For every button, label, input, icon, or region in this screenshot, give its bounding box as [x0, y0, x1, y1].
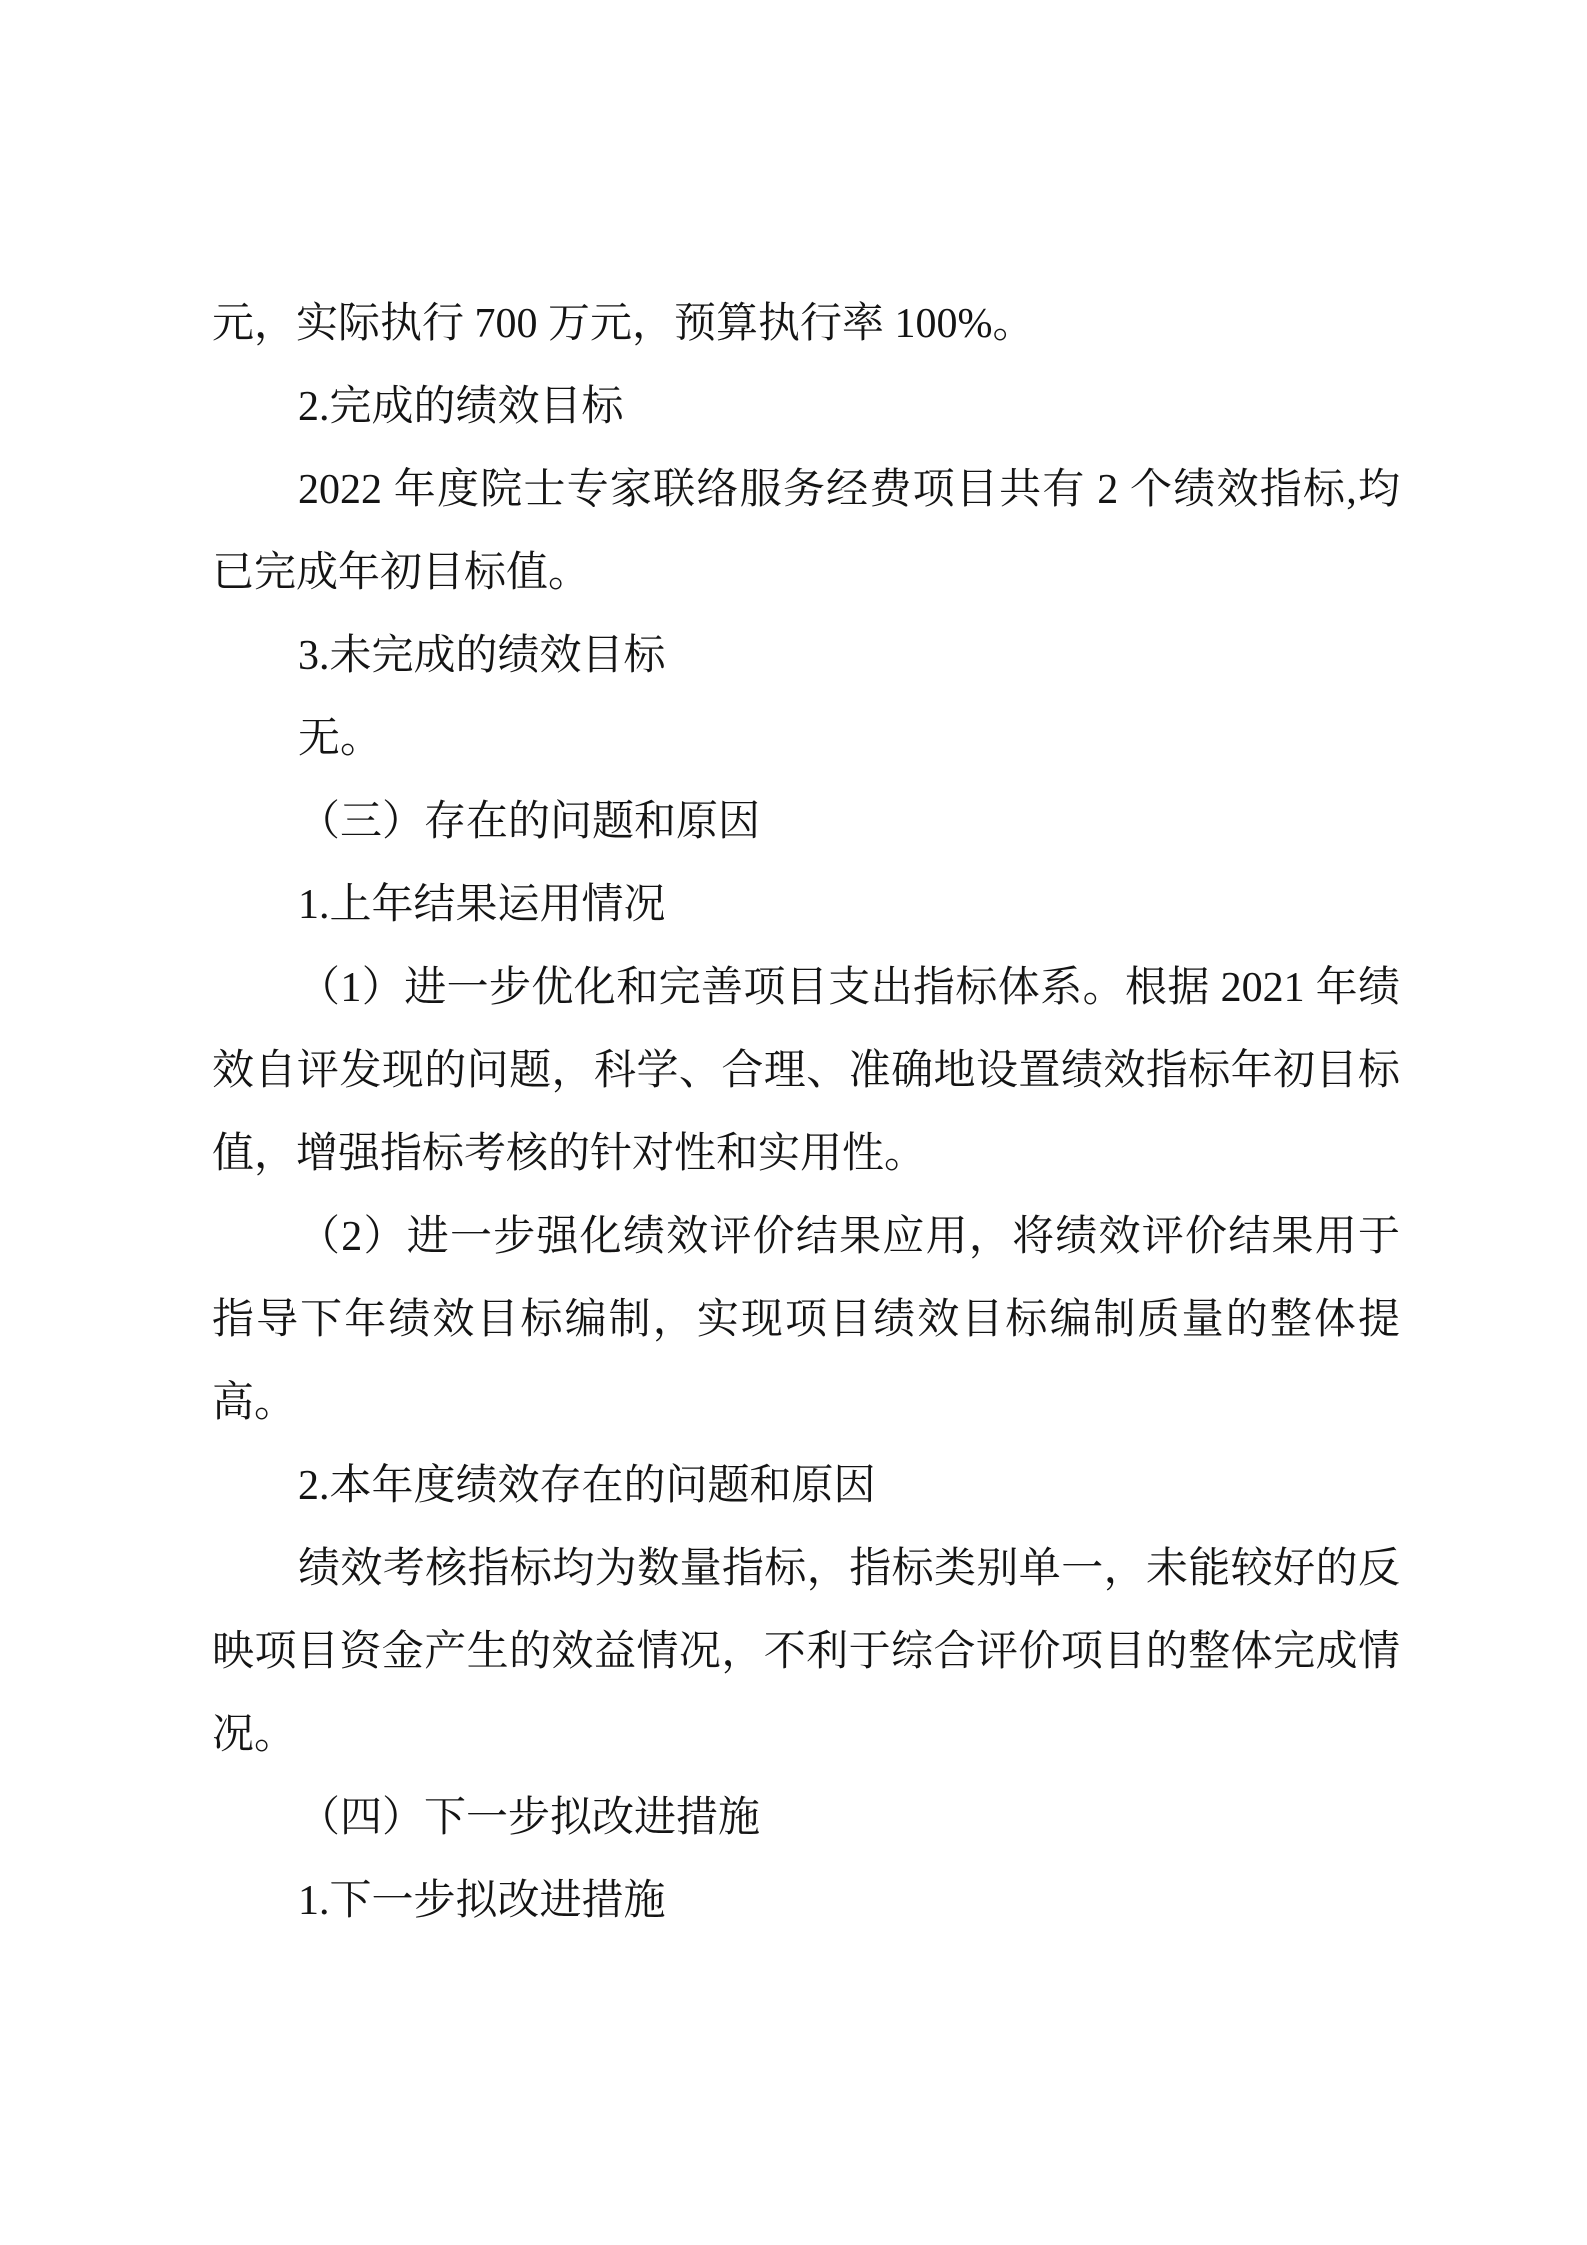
text-line: 况。	[212, 1694, 1400, 1777]
text-line: 值，增强指标考核的针对性和实用性。	[212, 1113, 1400, 1196]
document-body: 元，实际执行 700 万元，预算执行率 100%。2.完成的绩效目标2022 年…	[212, 283, 1400, 1943]
text-line: 2.本年度绩效存在的问题和原因	[212, 1445, 1400, 1528]
text-line: （四）下一步拟改进措施	[212, 1777, 1400, 1860]
text-line: 已完成年初目标值。	[212, 532, 1400, 615]
text-line: 元，实际执行 700 万元，预算执行率 100%。	[212, 283, 1400, 366]
text-line: 指导下年绩效目标编制，实现项目绩效目标编制质量的整体提	[212, 1279, 1400, 1362]
text-line: 无。	[212, 698, 1400, 781]
text-line: 高。	[212, 1362, 1400, 1445]
text-line: （1）进一步优化和完善项目支出指标体系。根据 2021 年绩	[212, 947, 1400, 1030]
text-line: 效自评发现的问题，科学、合理、准确地设置绩效指标年初目标	[212, 1030, 1400, 1113]
text-line: （三）存在的问题和原因	[212, 781, 1400, 864]
document-page: 元，实际执行 700 万元，预算执行率 100%。2.完成的绩效目标2022 年…	[0, 0, 1587, 2245]
text-line: 2022 年度院士专家联络服务经费项目共有 2 个绩效指标,均	[212, 449, 1400, 532]
text-line: 映项目资金产生的效益情况，不利于综合评价项目的整体完成情	[212, 1611, 1400, 1694]
text-line: （2）进一步强化绩效评价结果应用，将绩效评价结果用于	[212, 1196, 1400, 1279]
text-line: 1.下一步拟改进措施	[212, 1860, 1400, 1943]
text-line: 2.完成的绩效目标	[212, 366, 1400, 449]
text-line: 1.上年结果运用情况	[212, 864, 1400, 947]
text-line: 绩效考核指标均为数量指标，指标类别单一，未能较好的反	[212, 1528, 1400, 1611]
text-line: 3.未完成的绩效目标	[212, 615, 1400, 698]
